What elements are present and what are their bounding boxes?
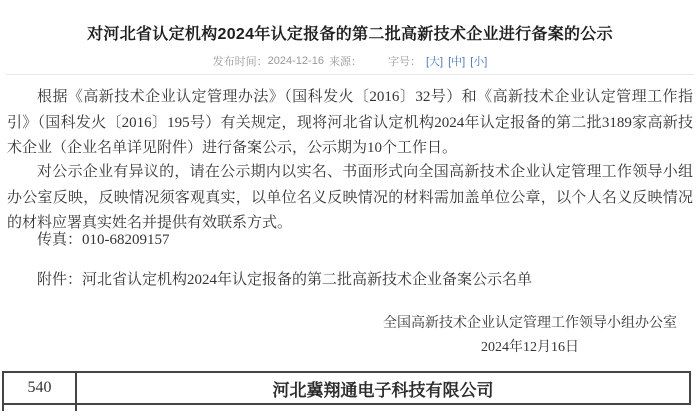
company-name-cell: 河北冀翔通电子科技有限公司	[77, 373, 689, 403]
table-row: 540 河北冀翔通电子科技有限公司	[2, 371, 691, 405]
font-size-large-button[interactable]: [大]	[426, 53, 443, 69]
serial-number-cell: 540	[4, 373, 77, 403]
attachment-label: 附件：	[37, 272, 82, 288]
publish-date-value: 2024-12-16	[268, 55, 324, 67]
meta-line: 发布时间： 2024-12-16 来源： 字号： [大] [中] [小]	[0, 53, 700, 69]
signature-date: 2024年12月16日	[383, 338, 677, 358]
publish-time-label: 发布时间：	[213, 53, 268, 69]
font-size-medium-button[interactable]: [中]	[448, 53, 465, 69]
fax-label: 传真：	[37, 232, 82, 248]
signature-office: 全国高新技术企业认定管理工作领导小组办公室	[383, 314, 677, 334]
signature-block: 全国高新技术企业认定管理工作领导小组办公室 2024年12月16日	[383, 314, 677, 358]
font-size-label: 字号：	[388, 53, 421, 69]
header-divider	[6, 74, 694, 75]
paragraph-objection: 对公示企业有异议的，请在公示期内以实名、书面形式向全国高新技术企业认定管理工作领…	[7, 160, 693, 237]
font-size-small-button[interactable]: [小]	[470, 53, 487, 69]
next-row-clipped-stub	[2, 405, 691, 411]
fax-line: 传真：010-68209157	[7, 228, 693, 254]
page-title: 对河北省认定机构2024年认定报备的第二批高新技术企业进行备案的公示	[0, 21, 700, 44]
attachment-line: 附件：河北省认定机构2024年认定报备的第二批高新技术企业备案公示名单	[7, 268, 693, 294]
announcement-page: 对河北省认定机构2024年认定报备的第二批高新技术企业进行备案的公示 发布时间：…	[0, 0, 700, 417]
paragraph-basis: 根据《高新技术企业认定管理办法》（国科发火〔2016〕32号）和《高新技术企业认…	[7, 85, 693, 162]
attachment-link[interactable]: 河北省认定机构2024年认定报备的第二批高新技术企业备案公示名单	[82, 272, 532, 288]
fax-number: 010-68209157	[82, 232, 170, 248]
company-roster-table: 540 河北冀翔通电子科技有限公司	[2, 371, 691, 411]
source-label: 来源：	[329, 53, 362, 69]
